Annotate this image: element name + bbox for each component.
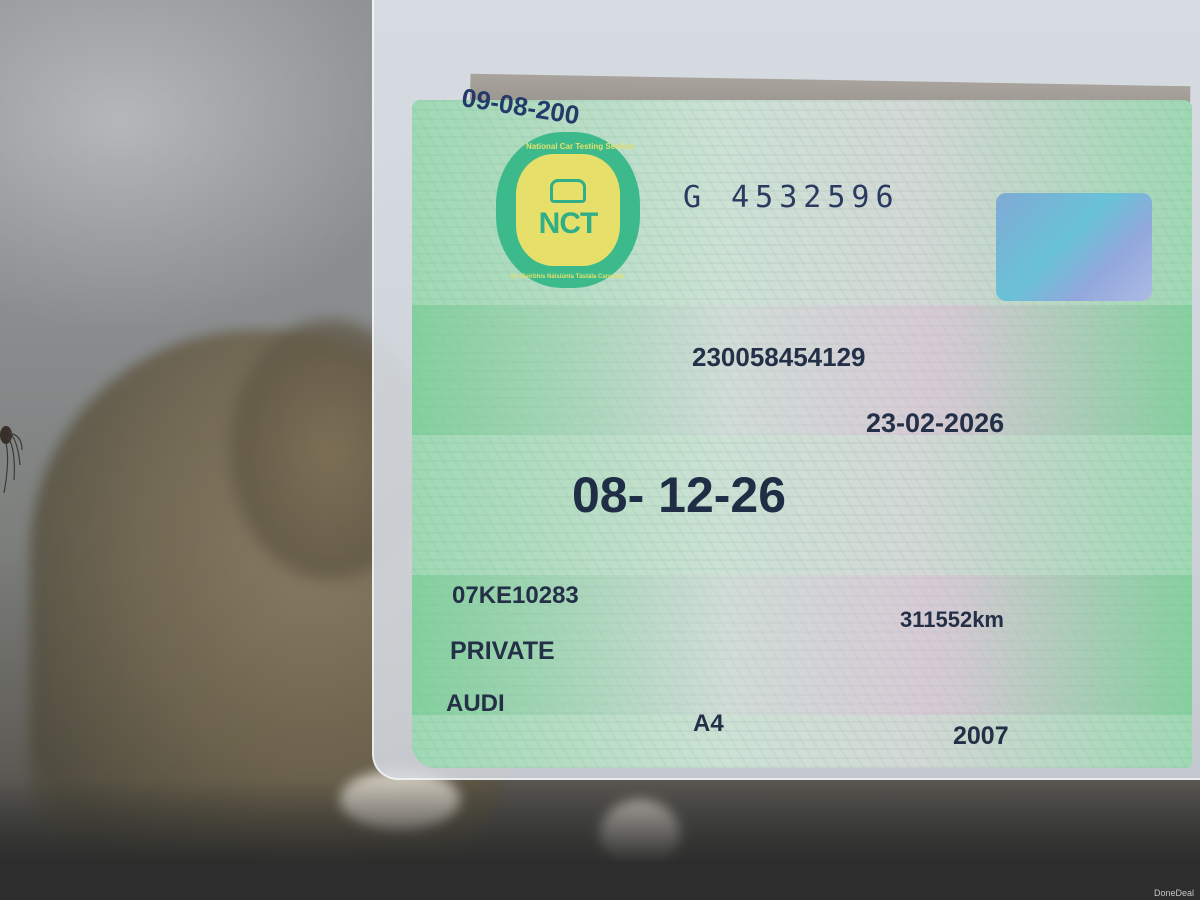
watermark: DoneDeal [1154,888,1194,898]
nct-logo-text: NCT [539,207,598,241]
logo-ring-text-top: National Car Testing Service [526,142,634,151]
vehicle-make: AUDI [446,690,505,718]
dashboard-shadow [0,780,1200,900]
test-number: 230058454129 [692,342,866,373]
registration-number: 07KE10283 [452,582,579,610]
serial-number: G 4532596 [683,180,900,215]
nct-logo: NCT National Car Testing Service An tSei… [496,132,640,288]
logo-ring-text-bottom: An tSeirbhís Náisiúnta Tástála Carranna [510,274,624,280]
odometer-reading: 311552km [900,607,1004,633]
hologram [996,193,1152,301]
expiry-date: 08- 12-26 [572,466,786,524]
vehicle-model: A4 [693,710,724,738]
vehicle-use: PRIVATE [450,637,555,666]
spider-icon [0,405,24,495]
test-date: 23-02-2026 [866,408,1004,439]
vehicle-year: 2007 [953,722,1009,751]
car-icon [550,179,586,203]
